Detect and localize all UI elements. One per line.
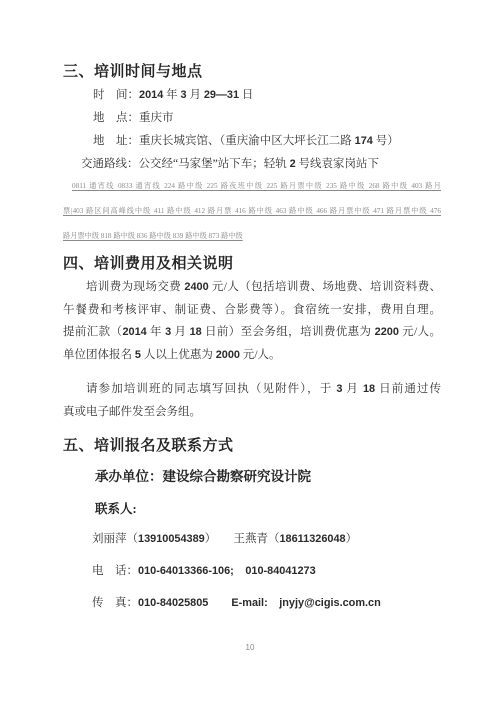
document-page: 三、培训时间与地点 时 间：2014 年 3 月 29—31 日 地 点：重庆市… (0, 0, 500, 707)
contacts-label: 联系人: (95, 499, 137, 517)
organizer-line: 承办单位：建设综合勘察研究设计院 (95, 465, 311, 485)
address-line: 地 址：重庆长城宾馆、（重庆渝中区大坪长江二路 174 号） (93, 132, 399, 148)
fees-paragraph-line-1: 培训费为现场交费 2400 元/人（包括培训费、场地费、培训资料费、 (63, 278, 441, 294)
route-line: 交通路线：公交经“马家堡”站下车；轻轨 2 号线袁家岗站下 (81, 155, 379, 171)
time-line: 时 间：2014 年 3 月 29—31 日 (93, 86, 253, 102)
phone-line: 电 话：010-64013366-106; 010-84041273 (92, 562, 316, 578)
fees-paragraph-line-3: 提前汇款（2014 年 3 月 18 日前）至会务组，培训费优惠为 2200 元… (63, 323, 441, 339)
contact-names-line: 刘丽萍（13910054389） 王燕青（18611326048） (92, 530, 357, 546)
reply-paragraph-line-2: 真或电子邮件发至会务组。 (63, 403, 201, 419)
bus-routes-line-2: 票|403 路区间高峰线中级 411 路中级 412 路月票 416 路中级 4… (63, 206, 441, 216)
page-number: 10 (0, 643, 500, 652)
bus-routes-line-1: 0811 通宵线 0833 通宵线 224 路中级 225 路夜班中级 225 … (63, 181, 441, 191)
section-5-title: 五、培训报名及联系方式 (63, 434, 234, 455)
fax-line: 传 真：010-84025805 E-mail: jnyjy@cigis.com… (92, 594, 381, 610)
reply-paragraph-line-1: 请参加培训班的同志填写回执（见附件），于 3 月 18 日前通过传 (63, 380, 441, 396)
fees-paragraph-line-2: 午餐费和考核评审、制证费、合影费等）。食宿统一安排，费用自理。 (63, 301, 441, 317)
section-4-title: 四、培训费用及相关说明 (63, 252, 234, 273)
fees-paragraph-line-4: 单位团体报名 5 人以上优惠为 2000 元/人。 (63, 346, 281, 362)
bus-routes-line-3: 路月票中级 818 路中级 836 路中级 839 路中级 873 路中级 (63, 231, 243, 241)
place-line: 地 点：重庆市 (93, 109, 174, 125)
section-3-title: 三、培训时间与地点 (63, 60, 203, 81)
